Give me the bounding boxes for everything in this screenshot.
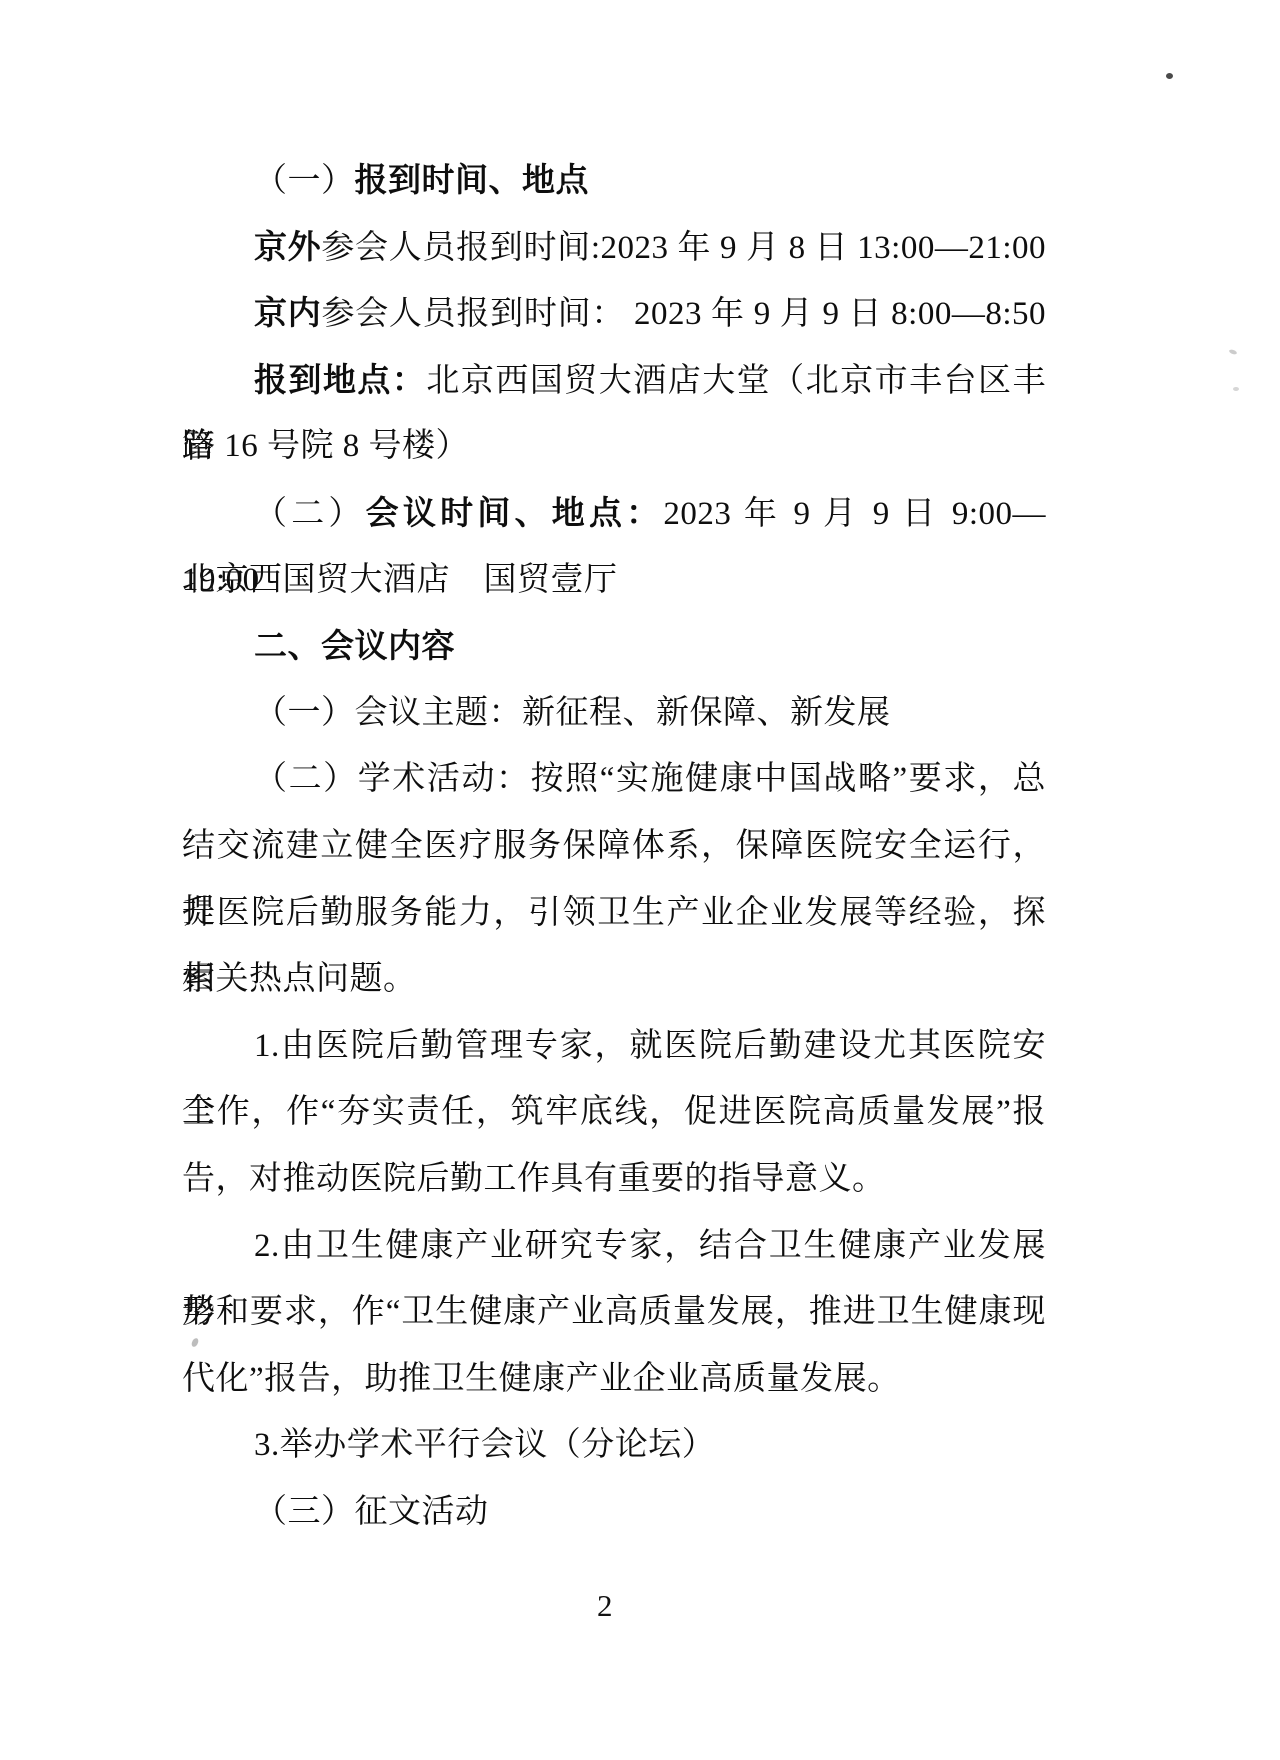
line-item-2-cont-2: 代化”报告，助推卫生健康产业企业高质量发展。: [182, 1346, 1046, 1412]
text-segment: （一）会议主题：新征程、新保障、新发展: [254, 695, 891, 731]
text-segment: （一）: [254, 163, 355, 199]
line-item-2-cont-1: 势和要求，作“卫生健康产业高质量发展，推进卫生健康现: [182, 1279, 1046, 1345]
scan-speck: [1233, 387, 1239, 391]
text-segment: 势和要求，作“卫生健康产业高质量发展，推进卫生健康现: [182, 1294, 1046, 1330]
text-segment: 报到地点：: [254, 361, 426, 398]
line-academic-activities: （二）学术活动：按照“实施健康中国战略”要求，总: [182, 746, 1046, 812]
text-segment: 3.举办学术平行会议（分论坛）: [254, 1427, 715, 1463]
text-segment: 京外: [254, 228, 321, 265]
text-segment: 京内: [254, 294, 321, 331]
text-segment: 北京西国贸大酒店 国贸壹厅: [182, 562, 618, 598]
text-segment: 告，对推动医院后勤工作具有重要的指导意义。: [182, 1161, 886, 1197]
line-section-2-heading: 二、会议内容: [182, 613, 1046, 680]
line-meeting-theme: （一）会议主题：新征程、新保障、新发展: [182, 680, 1046, 746]
text-segment: （三）征文活动: [254, 1494, 489, 1530]
text-segment: 参会人员报到时间:2023 年 9 月 8 日 13:00—21:00: [321, 230, 1046, 266]
line-checkin-location-cont: 路 16 号院 8 号楼）: [182, 413, 1046, 479]
line-checkin-time-outside-beijing: 京外参会人员报到时间:2023 年 9 月 8 日 13:00—21:00: [182, 214, 1046, 281]
line-academic-activities-cont-3: 相关热点问题。: [182, 946, 1046, 1012]
line-meeting-venue: 北京西国贸大酒店 国贸壹厅: [182, 547, 1046, 613]
text-segment: 代化”报告，助推卫生健康产业企业高质量发展。: [182, 1361, 901, 1397]
text-segment: 会议时间、地点：: [366, 494, 664, 531]
line-essay-activity-heading: （三）征文活动: [182, 1479, 1046, 1545]
text-segment: （二）学术活动：按照“实施健康中国战略”要求，总: [254, 761, 1046, 797]
scan-speck: [1166, 73, 1173, 79]
line-item-1-cont-1: 工作，作“夯实责任，筑牢底线，促进医院高质量发展”报: [182, 1079, 1046, 1145]
line-heading-checkin-time-place: （一）报到时间、地点: [182, 147, 1046, 214]
document-page: （一）报到时间、地点 京外参会人员报到时间:2023 年 9 月 8 日 13:…: [0, 0, 1280, 1760]
text-segment: 相关热点问题。: [182, 961, 417, 997]
page-number: 2: [597, 1586, 613, 1626]
text-segment: 二、会议内容: [254, 627, 455, 664]
line-item-1-cont-2: 告，对推动医院后勤工作具有重要的指导意义。: [182, 1146, 1046, 1212]
scan-speck: [1229, 349, 1238, 355]
text-segment: 路 16 号院 8 号楼）: [182, 428, 469, 464]
text-segment: （二）: [254, 496, 366, 532]
line-checkin-time-in-beijing: 京内参会人员报到时间： 2023 年 9 月 9 日 8:00—8:50: [182, 280, 1046, 347]
line-item-3: 3.举办学术平行会议（分论坛）: [182, 1412, 1046, 1478]
text-segment: 报到时间、地点: [355, 161, 590, 198]
text-segment: 参会人员报到时间： 2023 年 9 月 9 日 8:00—8:50: [321, 296, 1046, 332]
text-segment: 工作，作“夯实责任，筑牢底线，促进医院高质量发展”报: [182, 1094, 1046, 1130]
